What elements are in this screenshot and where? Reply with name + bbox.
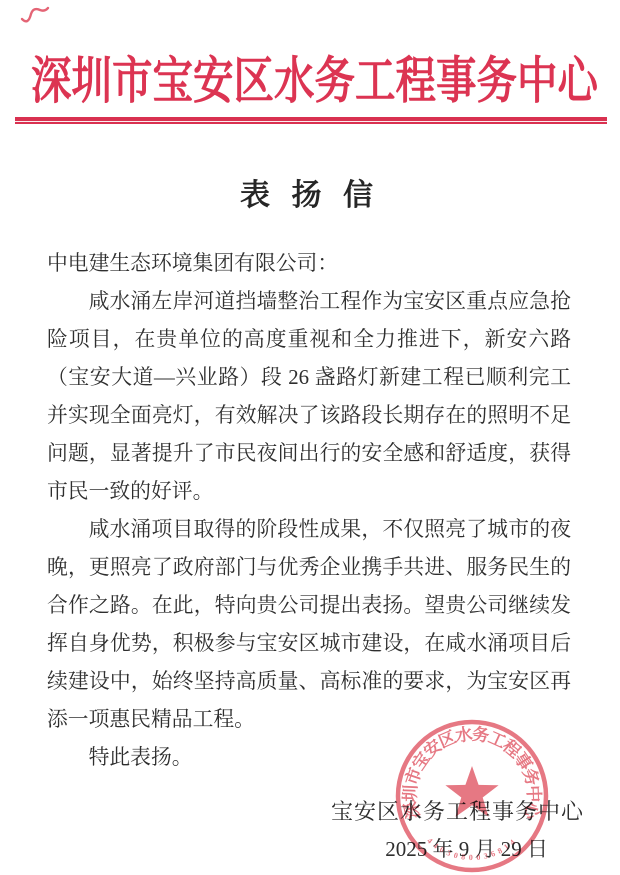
red-check-mark [20,5,50,27]
letter-title: 表 扬 信 [0,170,620,214]
letter-body: 中电建生态环境集团有限公司： 咸水涌左岸河道挡墙整治工程作为宝安区重点应急抢险项… [47,245,571,777]
letter-page: 深圳市宝安区水务工程事务中心 表 扬 信 中电建生态环境集团有限公司： 咸水涌左… [0,0,620,875]
official-seal: 深圳市宝安区水务工程事务中心 4403080036814 [393,717,551,875]
paragraph-1: 咸水涌左岸河道挡墙整治工程作为宝安区重点应急抢险项目，在贵单位的高度重视和全力推… [47,283,571,511]
salutation-line: 中电建生态环境集团有限公司： [47,245,571,283]
paragraph-2: 咸水涌项目取得的阶段性成果，不仅照亮了城市的夜晚，更照亮了政府部门与优秀企业携手… [47,511,571,739]
seal-code-text: 4403080036814 [425,836,517,862]
letterhead-org-name: 深圳市宝安区水务工程事务中心 [31,40,589,113]
seal-star [445,766,498,817]
letterhead-divider-line [15,117,607,125]
